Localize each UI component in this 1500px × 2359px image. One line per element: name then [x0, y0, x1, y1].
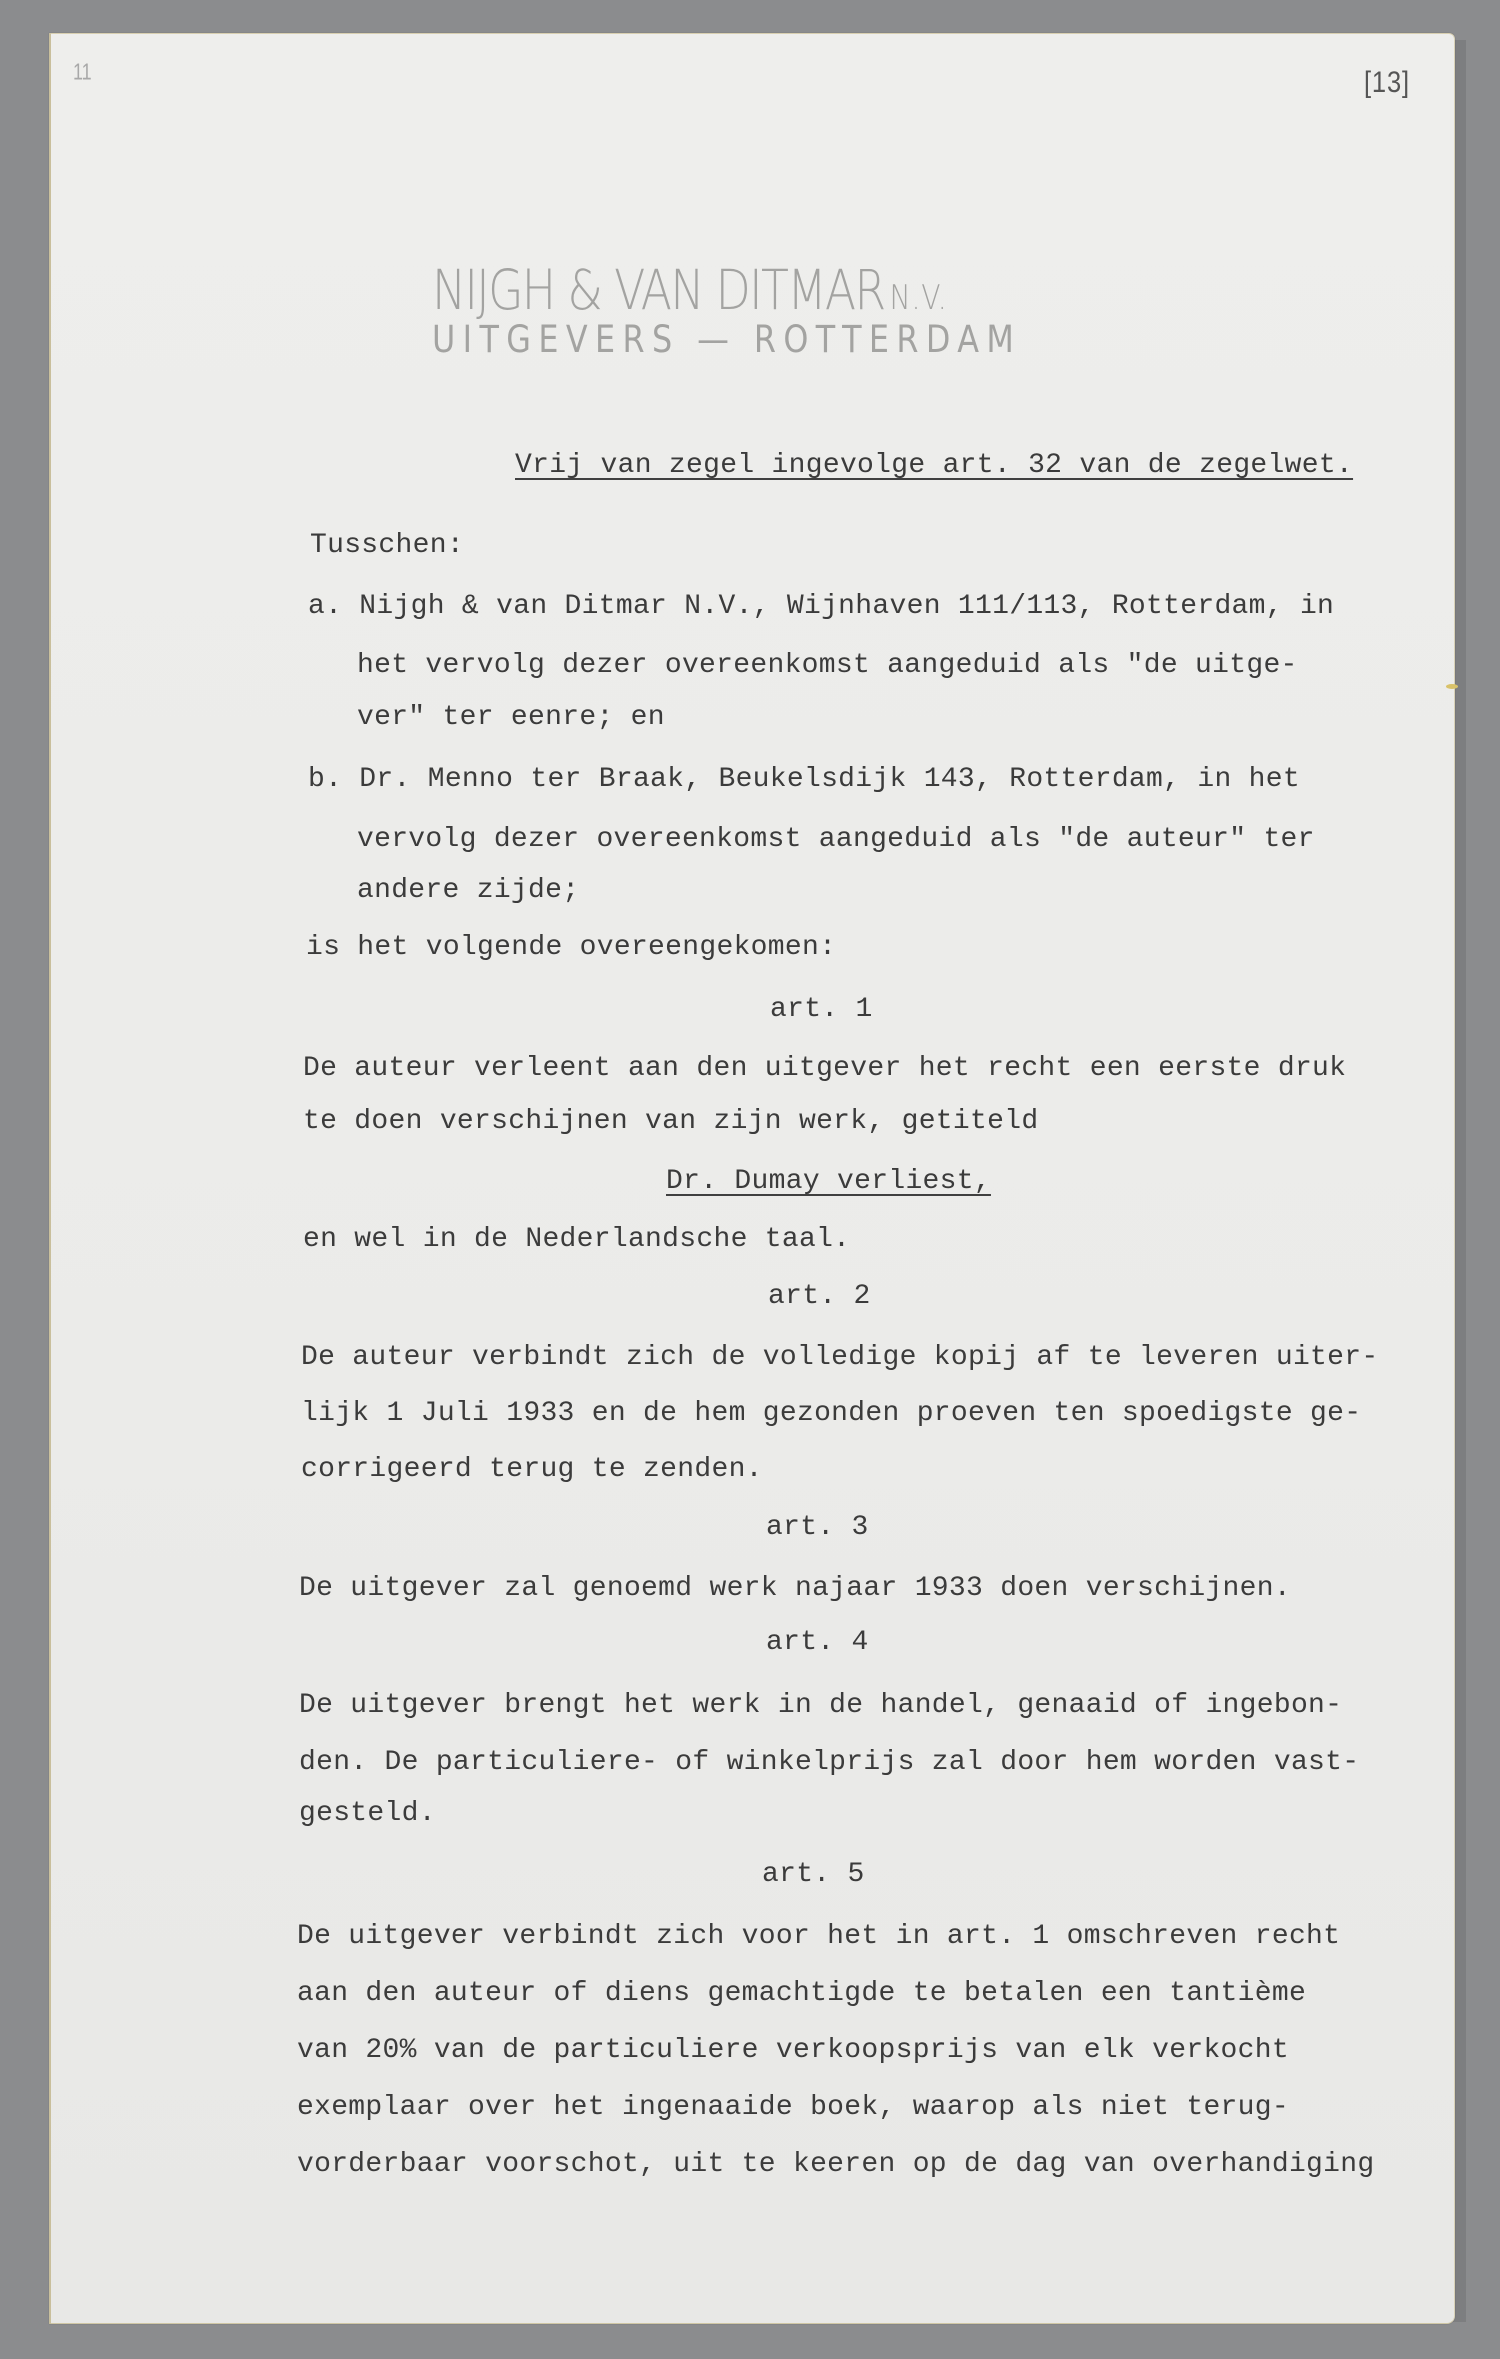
page-number: [13]: [1364, 66, 1410, 100]
stamp-exemption-note: Vrij van zegel ingevolge art. 32 van de …: [515, 452, 1353, 480]
pencil-mark: 11: [73, 59, 92, 86]
article-line: corrigeerd terug te zenden.: [301, 1456, 763, 1484]
article-line: exemplaar over het ingenaaide boek, waar…: [297, 2094, 1289, 2122]
article-line: en wel in de Nederlandsche taal.: [303, 1226, 850, 1254]
article-line: te doen verschijnen van zijn werk, getit…: [303, 1108, 1038, 1136]
book-title: Dr. Dumay verliest,: [666, 1168, 991, 1196]
party-a-line: het vervolg dezer overeenkomst aangeduid…: [357, 652, 1298, 680]
article-line: De uitgever brengt het werk in de handel…: [299, 1692, 1342, 1720]
party-b-line: b. Dr. Menno ter Braak, Beukelsdijk 143,…: [308, 766, 1300, 794]
article-line: lijk 1 Juli 1933 en de hem gezonden proe…: [301, 1400, 1361, 1428]
article-heading: art. 2: [768, 1283, 871, 1311]
article-heading: art. 4: [766, 1629, 869, 1657]
article-line: De uitgever verbindt zich voor het in ar…: [297, 1923, 1340, 1951]
letterhead-company: NIJGH & VAN DITMARN.V.: [432, 258, 948, 322]
article-line: De auteur verbindt zich de volledige kop…: [301, 1344, 1378, 1372]
paper-stain: [1446, 684, 1458, 689]
article-heading: art. 3: [766, 1514, 869, 1542]
article-line: aan den auteur of diens gemachtigde te b…: [297, 1980, 1306, 2008]
article-line: De auteur verleent aan den uitgever het …: [303, 1055, 1346, 1083]
parties-intro: Tusschen:: [310, 532, 464, 560]
article-heading: art. 1: [770, 996, 873, 1024]
party-a-line: ver" ter eenre; en: [357, 704, 665, 732]
agreement-statement: is het volgende overeengekomen:: [306, 934, 836, 962]
party-b-line: andere zijde;: [357, 877, 579, 905]
article-line: gesteld.: [299, 1800, 436, 1828]
party-b-line: vervolg dezer overeenkomst aangeduid als…: [357, 826, 1315, 854]
article-heading: art. 5: [762, 1861, 865, 1889]
article-line: den. De particuliere- of winkelprijs zal…: [299, 1749, 1359, 1777]
letterhead-subtitle: UITGEVERS — ROTTERDAM: [432, 318, 1021, 361]
letterhead-company-suffix: N.V.: [890, 278, 948, 318]
article-line: van 20% van de particuliere verkoopsprij…: [297, 2037, 1289, 2065]
article-line: vorderbaar voorschot, uit te keeren op d…: [297, 2151, 1374, 2179]
letterhead-company-name: NIJGH & VAN DITMAR: [432, 258, 885, 322]
party-a-line: a. Nijgh & van Ditmar N.V., Wijnhaven 11…: [308, 593, 1334, 621]
article-line: De uitgever zal genoemd werk najaar 1933…: [299, 1575, 1291, 1603]
